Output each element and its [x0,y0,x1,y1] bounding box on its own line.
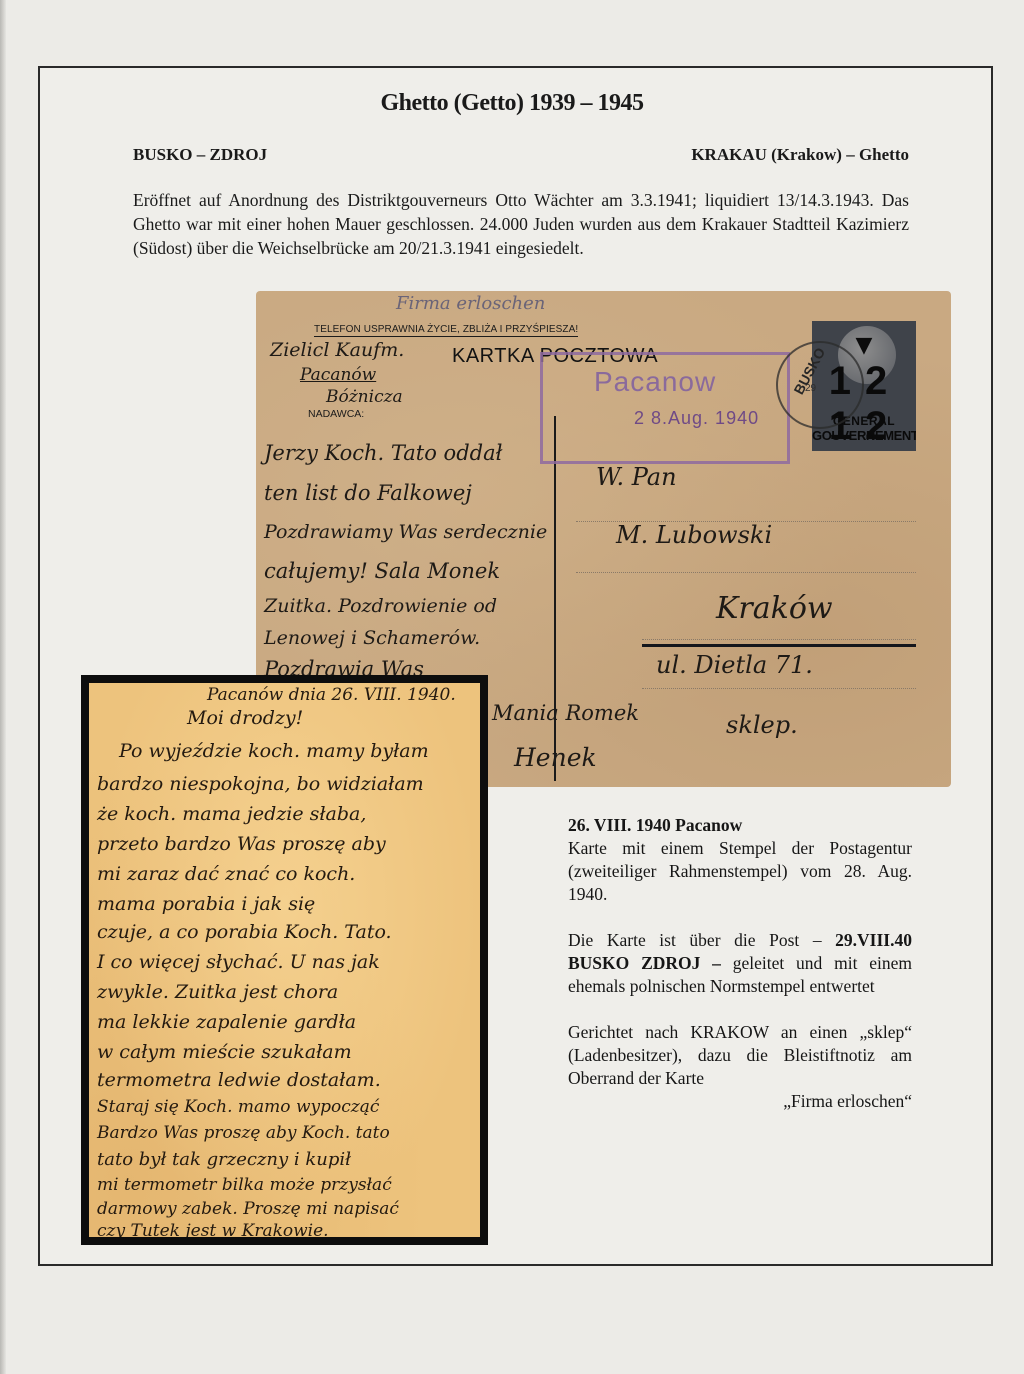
letter-line: Staraj się Koch. mamo wypocząć [97,1097,379,1117]
sender-line: Zielicl Kaufm. [270,339,404,361]
message-line: Lenowej i Schamerów. [264,627,480,649]
subtitle-left: BUSKO – ZDROJ [133,145,267,165]
letter-line: Po wyjeździe koch. mamy byłam [119,740,429,762]
letter-line: ma lekkie zapalenie gardła [97,1011,356,1033]
letter-line: w całym mieście szukałam [97,1041,352,1063]
address-rule [642,688,916,689]
caption-heading: 26. VIII. 1940 Pacanow [568,815,742,835]
message-line: Zuitka. Pozdrowienie od [264,595,497,617]
sender-line: Bóżnicza [326,387,403,407]
message-line: Jerzy Koch. Tato oddał [264,441,502,465]
circular-cancel-date: 29 [805,383,816,394]
message-line: całujemy! Sala Monek [264,559,500,583]
address-line: ul. Dietla 71. [656,651,813,679]
address-line: Kraków [716,591,833,626]
address-rule [642,639,916,640]
letter-line: Moi drodzy! [187,707,303,729]
letter-paper: Pacanów dnia 26. VIII. 1940. Moi drodzy!… [89,683,480,1237]
caption-quote: „Firma erloschen“ [568,1090,912,1113]
letter-line: Pacanów dnia 26. VIII. 1940. [207,685,456,705]
caption-paragraph-3: Gerichtet nach KRAKOW an einen „sklep“ (… [568,1022,912,1088]
exhibit-caption: 26. VIII. 1940 Pacanow Karte mit einem S… [568,814,912,1113]
message-line: ten list do Falkowej [264,481,472,505]
letter-line: mi termometr bilka może przysłać [97,1175,392,1195]
page-title: Ghetto (Getto) 1939 – 1945 [0,90,1024,117]
address-line: M. Lubowski [616,521,772,549]
album-page-edge [0,0,6,1374]
letter-line: że koch. mama jedzie słaba, [97,803,366,825]
address-rule [576,572,916,573]
stamp-overprint: GOUVERNEMENT [812,429,916,442]
letter-line: I co więcej słychać. U nas jak [97,951,380,973]
address-line: sklep. [726,711,798,739]
sender-line: Pacanów [300,365,376,385]
address-rule-solid [642,644,916,647]
letter-line: tato był tak grzeczny i kupił [97,1149,351,1170]
letter-line: czy Tutek jest w Krakowie. [97,1221,329,1237]
letter-reverse-image: Pacanów dnia 26. VIII. 1940. Moi drodzy!… [81,675,488,1245]
frame-cancel-town: Pacanow [594,366,716,398]
frame-cancel-date: 2 8.Aug. 1940 [634,408,759,429]
letter-line: mama porabia i jak się [97,893,315,915]
printed-slogan: TELEFON USPRAWNIA ŻYCIE, ZBLIŻA I PRZYŚP… [314,324,578,337]
address-line: W. Pan [596,463,677,491]
letter-line: mi zaraz dać znać co koch. [97,863,355,885]
letter-line: przeto bardzo Was proszę aby [97,833,386,855]
letter-line: termometra ledwie dostałam. [97,1069,381,1091]
intro-paragraph: Eröffnet auf Anordnung des Distriktgouve… [133,188,909,260]
message-line: Pozdrawiamy Was serdecznie [264,521,547,543]
letter-line: Bardzo Was proszę aby Koch. tato [97,1123,390,1143]
caption-paragraph-1: Karte mit einem Stempel der Postagentur … [568,838,912,904]
letter-line: bardzo niespokojna, bo widziałam [97,773,424,795]
letter-line: czuje, a co porabia Koch. Tato. [97,921,392,943]
pencil-note: Firma erloschen [396,293,545,314]
letter-line: darmowy zabek. Proszę mi napisać [97,1199,399,1219]
sender-label: NADAWCA: [308,408,364,420]
subtitle-right: KRAKAU (Krakow) – Ghetto [691,145,909,165]
letter-line: zwykle. Zuitka jest chora [97,981,338,1003]
message-line: Mania Romek [492,701,639,725]
card-divider [554,416,556,781]
caption-paragraph-2-pre: Die Karte ist über die Post – [568,930,835,950]
